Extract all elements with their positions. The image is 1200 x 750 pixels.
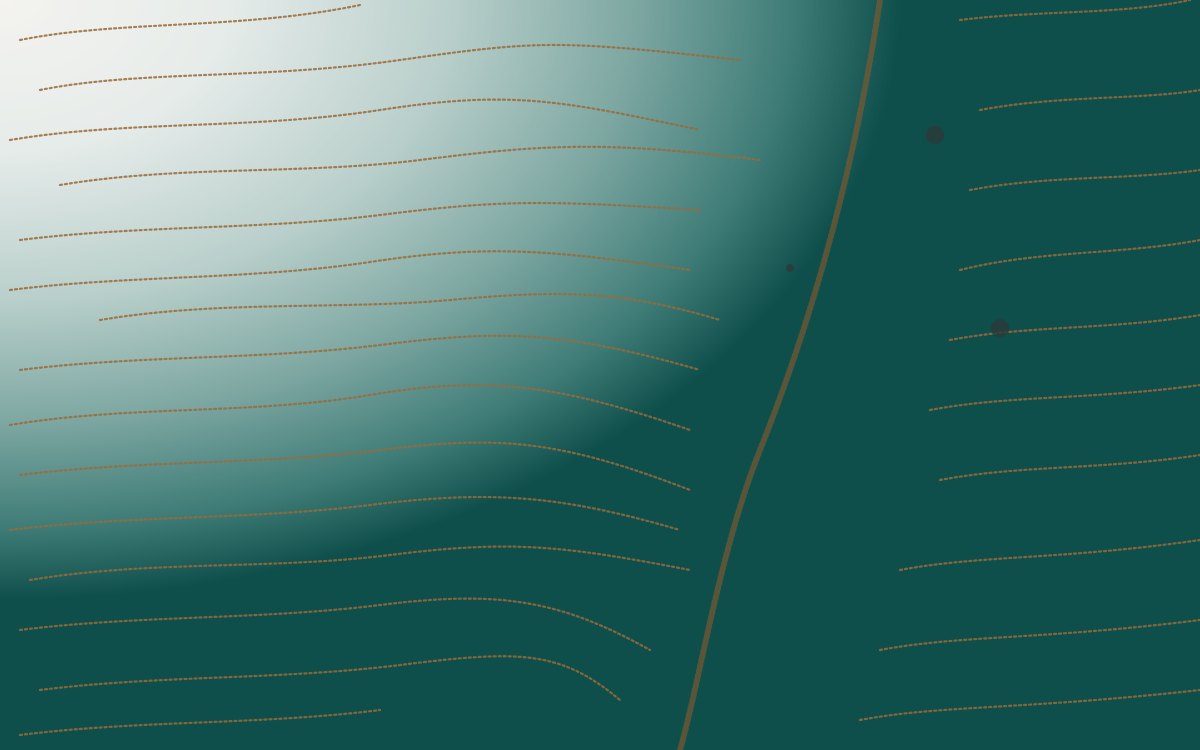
- handwriting-strokes: [0, 0, 1200, 750]
- manuscript-background: [0, 0, 1200, 750]
